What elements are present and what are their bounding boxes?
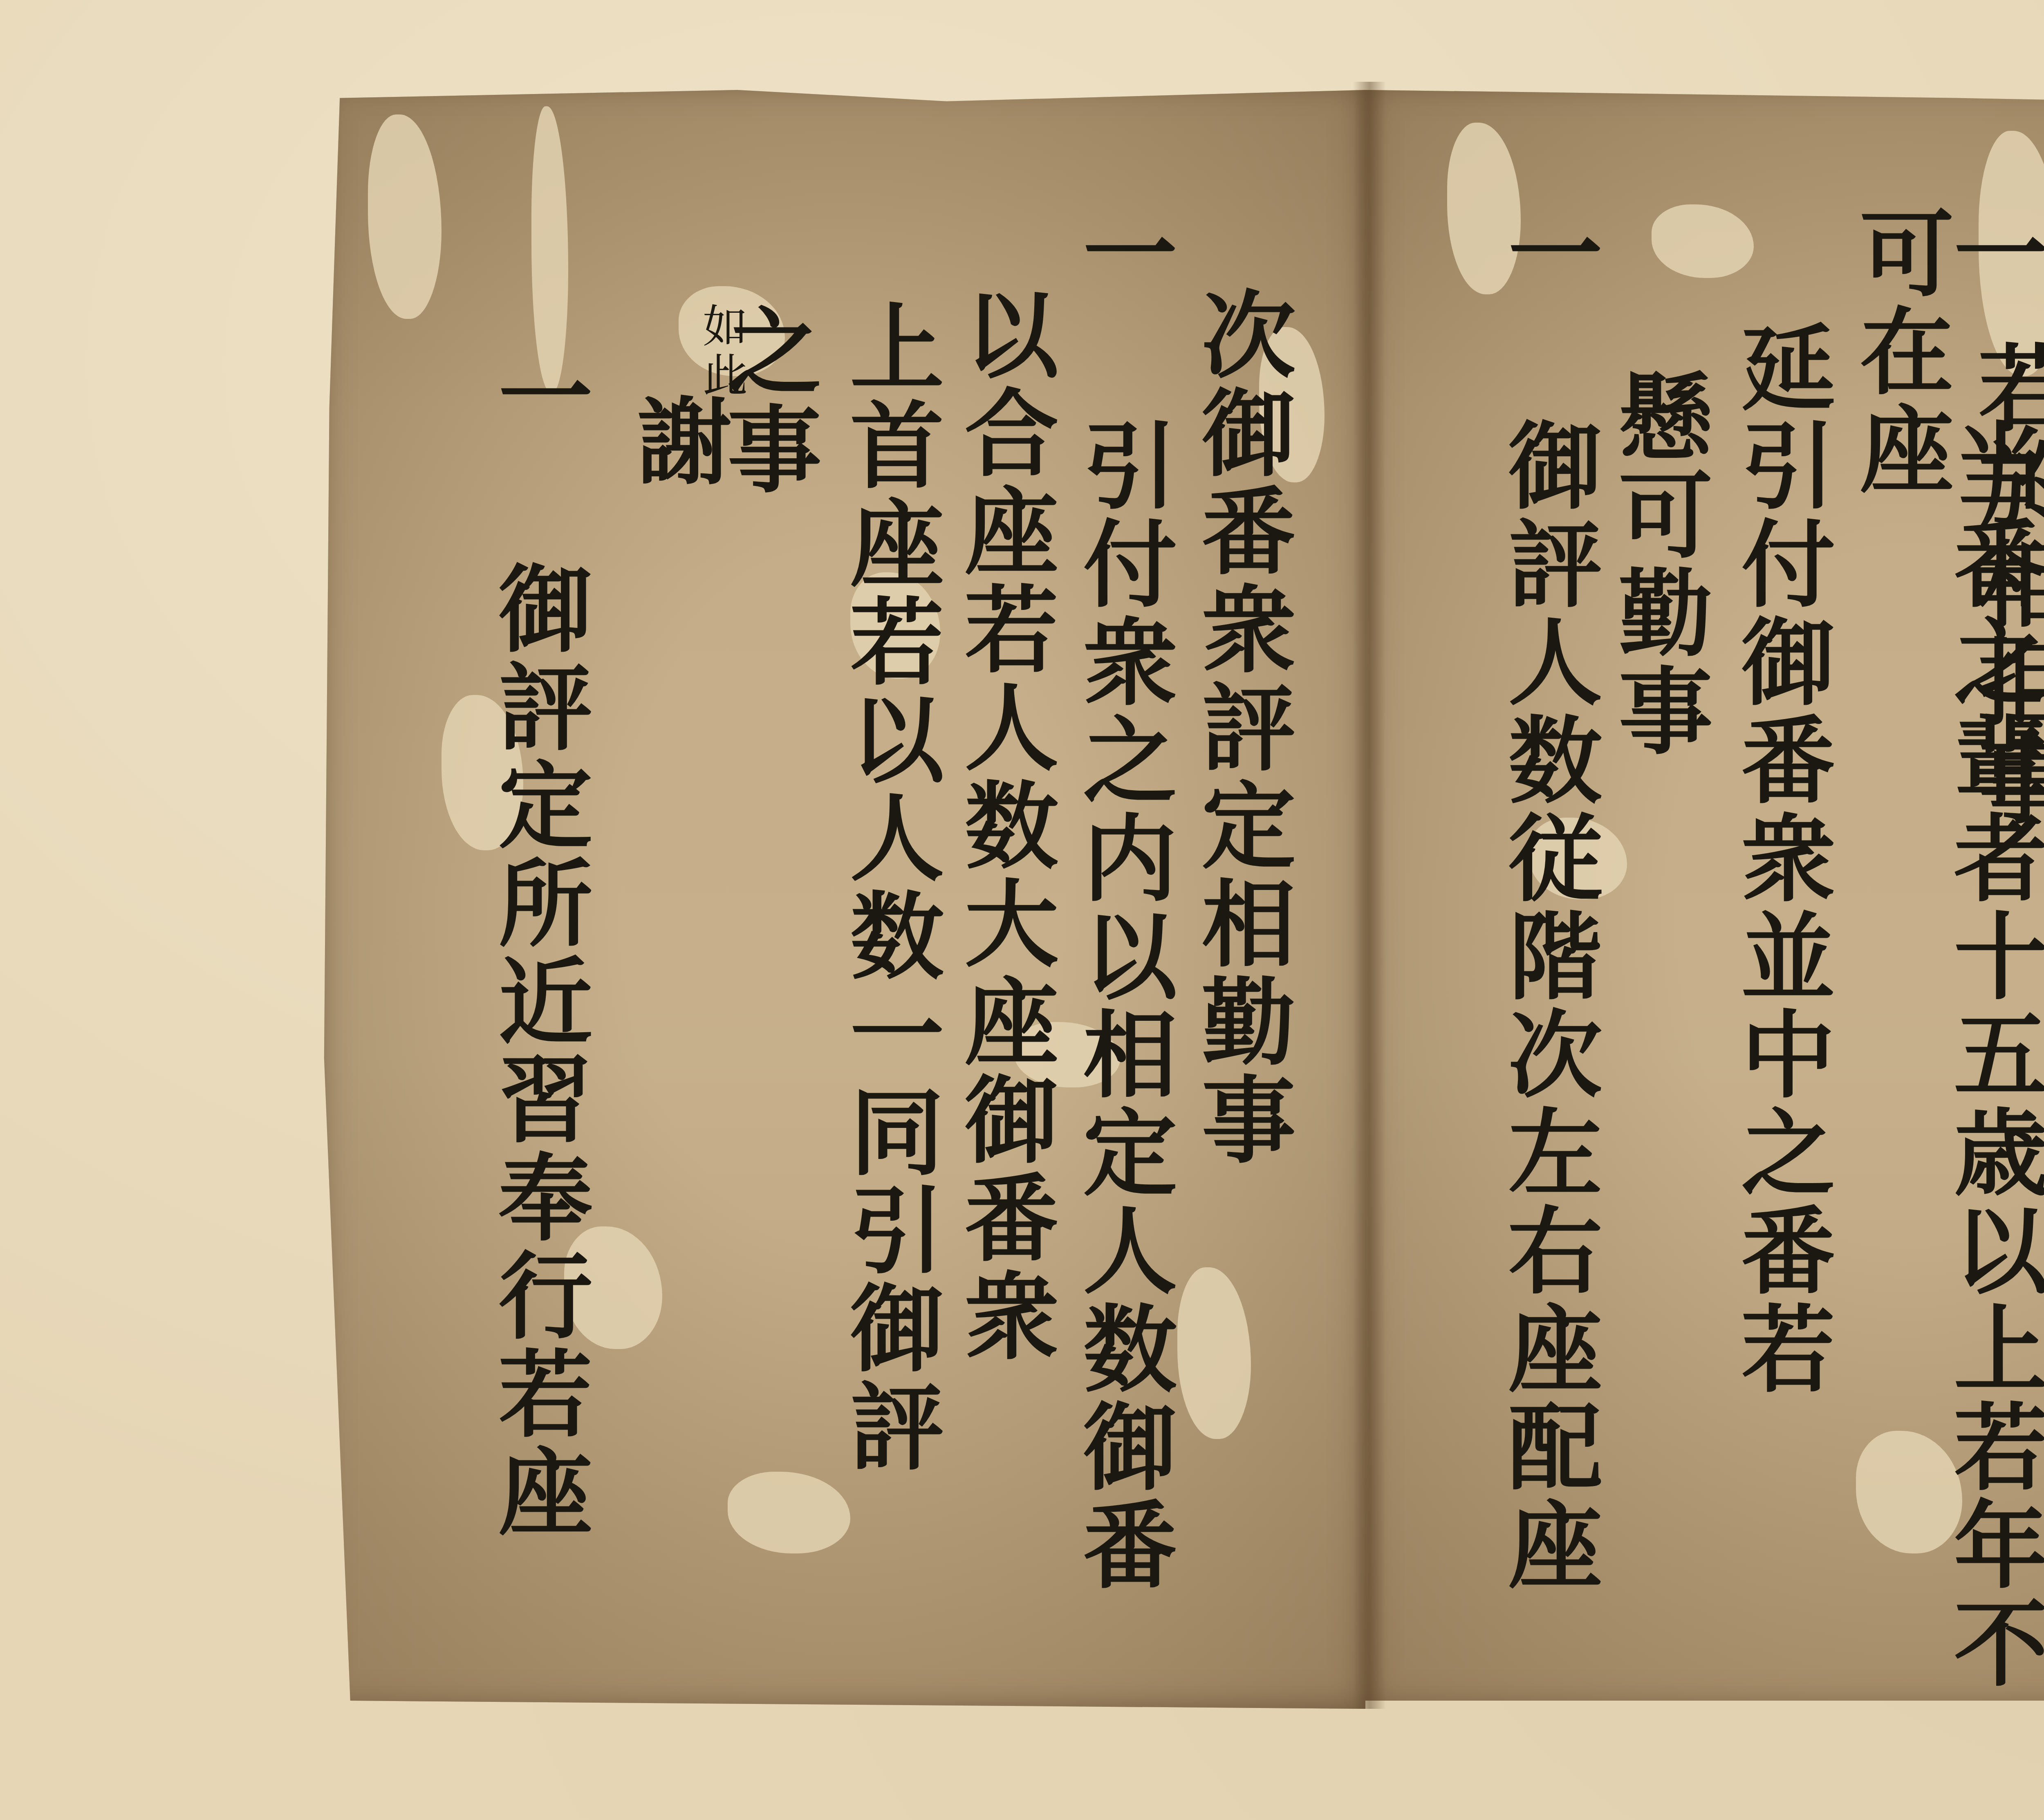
text-column-l3: 以合座若人数大座御番衆 bbox=[957, 286, 1051, 1365]
text-note: 如此 bbox=[699, 303, 744, 401]
binding-fold bbox=[1353, 82, 1386, 1709]
text-column-l1: 次御番衆評定相勤事 bbox=[1194, 286, 1288, 1169]
text-column-l7: 一 御評定所近習奉行若座 bbox=[491, 347, 585, 1541]
text-column-r6: 一 御評人数従階次左右座配座 bbox=[1500, 204, 1594, 1594]
text-column-l6: 謝 bbox=[630, 392, 724, 491]
text-column-r5: 懸可勤事 bbox=[1611, 368, 1705, 760]
manuscript: 寛宝元九月廿八日動方之事 一 諸役人以下往来之輩衆宿相改候 若於相拒事 一 当番… bbox=[319, 82, 2044, 1709]
text-column-r4: 延引付御番衆並中之番若 bbox=[1733, 319, 1827, 1398]
text-column-l4: 上首座若以人数一同引御評 bbox=[842, 298, 936, 1476]
text-column-r3: 一 当番之輩者十五歳以上若年不可在座 bbox=[1852, 204, 2040, 1709]
text-column-l2: 一 引付衆之内以相定人数御番 bbox=[1075, 204, 1169, 1594]
